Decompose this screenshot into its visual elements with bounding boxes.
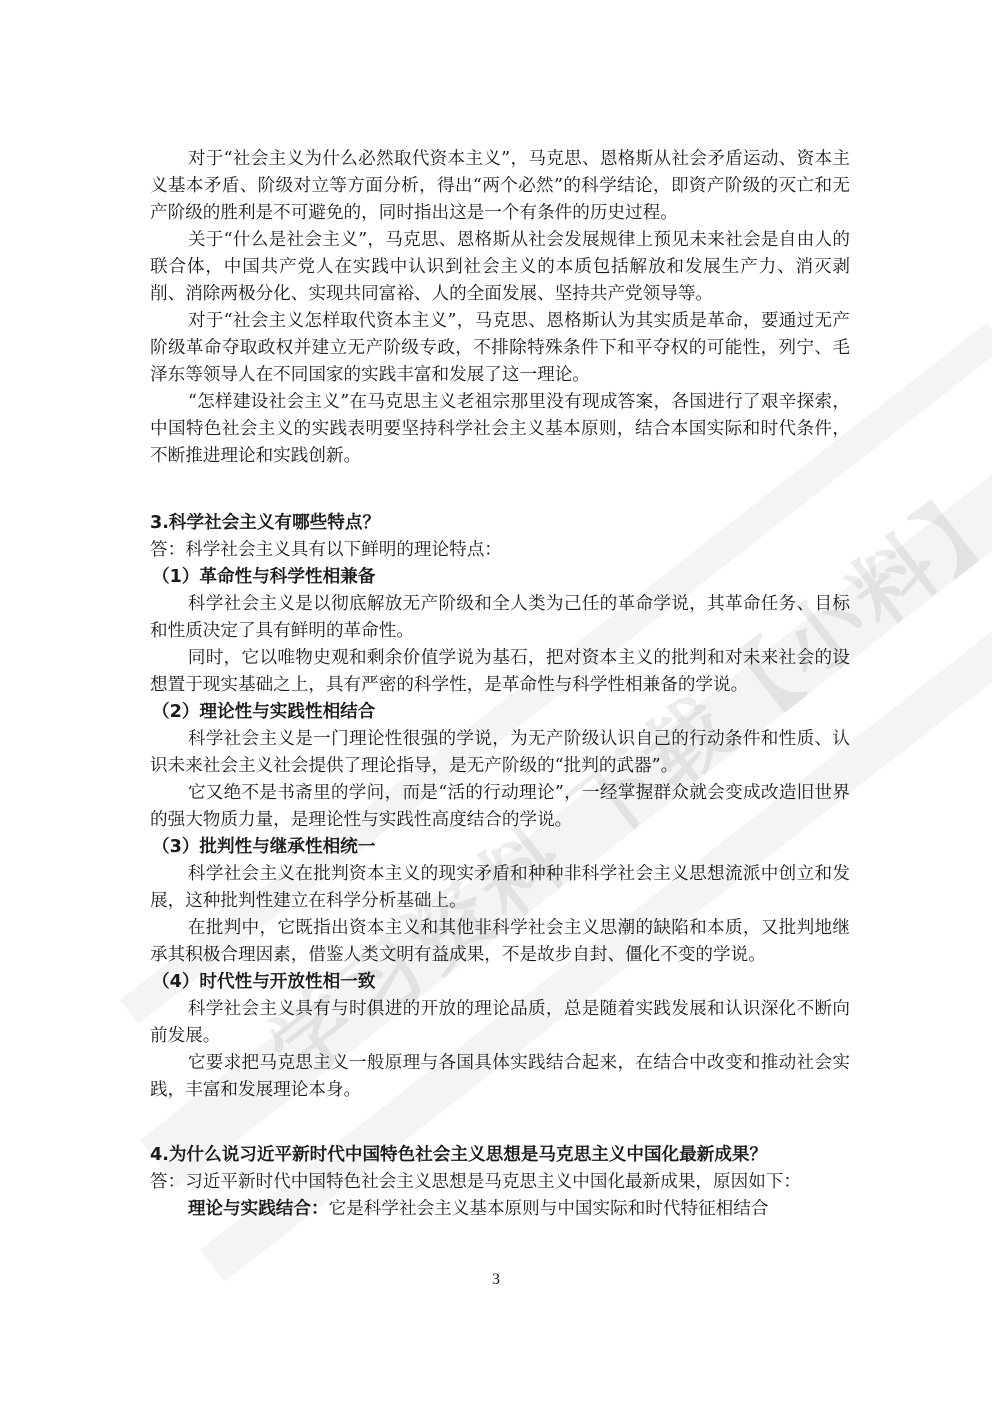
answer-intro: 答：科学社会主义具有以下鲜明的理论特点：	[150, 537, 850, 564]
point-text: 它是科学社会主义基本原则与中国实际和时代特征相结合	[329, 1199, 769, 1219]
paragraph: 对于“社会主义为什么必然取代资本主义”，马克思、恩格斯从社会矛盾运动、资本主义基…	[150, 146, 850, 227]
question-title: 4.为什么说习近平新时代中国特色社会主义思想是马克思主义中国化最新成果？	[150, 1142, 850, 1169]
paragraph: 科学社会主义在批判资本主义的现实矛盾和种种非科学社会主义思想流派中创立和发展，这…	[150, 861, 850, 915]
question-3: 3.科学社会主义有哪些特点？ 答：科学社会主义具有以下鲜明的理论特点： （1）革…	[150, 510, 850, 1104]
paragraph: 关于“什么是社会主义”，马克思、恩格斯从社会发展规律上预见未来社会是自由人的联合…	[150, 227, 850, 308]
paragraph: 对于“社会主义怎样取代资本主义”，马克思、恩格斯认为其实质是革命，要通过无产阶级…	[150, 308, 850, 389]
spacer	[150, 1104, 850, 1142]
paragraph: 它又绝不是书斋里的学问，而是“活的行动理论”，一经掌握群众就会变成改造旧世界的强…	[150, 780, 850, 834]
paragraph: 科学社会主义是以彻底解放无产阶级和全人类为己任的革命学说，其革命任务、目标和性质…	[150, 591, 850, 645]
page-number: 3	[0, 1271, 992, 1289]
answer-intro: 答：习近平新时代中国特色社会主义思想是马克思主义中国化最新成果，原因如下：	[150, 1169, 850, 1196]
document-page: 对于“社会主义为什么必然取代资本主义”，马克思、恩格斯从社会矛盾运动、资本主义基…	[150, 146, 850, 1223]
section-2-continued: 对于“社会主义为什么必然取代资本主义”，马克思、恩格斯从社会矛盾运动、资本主义基…	[150, 146, 850, 470]
point-heading: （2）理论性与实践性相结合	[152, 699, 850, 726]
paragraph: “怎样建设社会主义”在马克思主义老祖宗那里没有现成答案，各国进行了艰辛探索，中国…	[150, 389, 850, 470]
question-4: 4.为什么说习近平新时代中国特色社会主义思想是马克思主义中国化最新成果？ 答：习…	[150, 1142, 850, 1223]
paragraph: 它要求把马克思主义一般原理与各国具体实践结合起来，在结合中改变和推动社会实践，丰…	[150, 1050, 850, 1104]
paragraph: 在批判中，它既指出资本主义和其他非科学社会主义思潮的缺陷和本质，又批判地继承其积…	[150, 915, 850, 969]
paragraph: 科学社会主义具有与时俱进的开放的理论品质，总是随着实践发展和认识深化不断向前发展…	[150, 996, 850, 1050]
paragraph: 科学社会主义是一门理论性很强的学说，为无产阶级认识自己的行动条件和性质、认识未来…	[150, 726, 850, 780]
point-heading: （4）时代性与开放性相一致	[152, 969, 850, 996]
paragraph: 同时，它以唯物史观和剩余价值学说为基石，把对资本主义的批判和对未来社会的设想置于…	[150, 645, 850, 699]
point-heading: （3）批判性与继承性相统一	[152, 834, 850, 861]
paragraph: 理论与实践结合：它是科学社会主义基本原则与中国实际和时代特征相结合	[150, 1196, 850, 1223]
spacer	[150, 470, 850, 510]
point-heading: （1）革命性与科学性相兼备	[152, 564, 850, 591]
question-title: 3.科学社会主义有哪些特点？	[150, 510, 850, 537]
point-label: 理论与实践结合：	[188, 1199, 329, 1219]
